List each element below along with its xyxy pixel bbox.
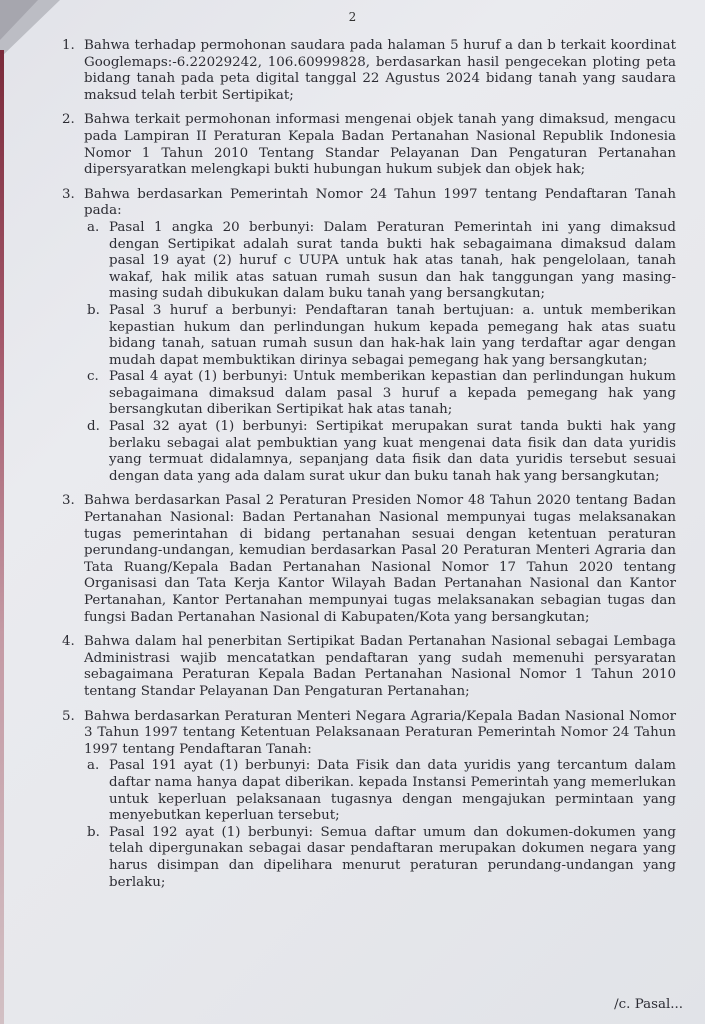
list-item: 3. Bahwa berdasarkan Pasal 2 Peraturan P… xyxy=(56,493,676,626)
sub-list: a. Pasal 191 ayat (1) berbunyi: Data Fis… xyxy=(84,758,676,891)
item-number: 3. xyxy=(62,493,75,510)
list-item: 5. Bahwa berdasarkan Peraturan Menteri N… xyxy=(56,709,676,892)
binder-edge xyxy=(0,50,4,1024)
item-text: Bahwa berdasarkan Peraturan Menteri Nega… xyxy=(84,709,676,759)
sub-item: c. Pasal 4 ayat (1) berbunyi: Untuk memb… xyxy=(87,369,676,419)
sub-item-letter: b. xyxy=(87,303,100,320)
document-page: 2 1. Bahwa terhadap permohonan saudara p… xyxy=(0,0,705,1024)
sub-item-letter: c. xyxy=(87,369,99,386)
item-number: 3. xyxy=(62,187,75,204)
sub-list: a. Pasal 1 angka 20 berbunyi: Dalam Pera… xyxy=(84,220,676,486)
item-text: Bahwa terkait permohonan informasi menge… xyxy=(84,112,676,178)
list-item: 4. Bahwa dalam hal penerbitan Sertipikat… xyxy=(56,634,676,700)
page-number: 2 xyxy=(0,10,705,24)
sub-item-text: Pasal 32 ayat (1) berbunyi: Sertipikat m… xyxy=(109,419,676,485)
sub-item: a. Pasal 191 ayat (1) berbunyi: Data Fis… xyxy=(87,758,676,824)
list-item: 1. Bahwa terhadap permohonan saudara pad… xyxy=(56,38,676,104)
sub-item: a. Pasal 1 angka 20 berbunyi: Dalam Pera… xyxy=(87,220,676,303)
item-text: Bahwa berdasarkan Pasal 2 Peraturan Pres… xyxy=(84,493,676,626)
list-item: 3. Bahwa berdasarkan Pemerintah Nomor 24… xyxy=(56,187,676,486)
sub-item-text: Pasal 4 ayat (1) berbunyi: Untuk memberi… xyxy=(109,369,676,419)
sub-item-text: Pasal 1 angka 20 berbunyi: Dalam Peratur… xyxy=(109,220,676,303)
item-text: Bahwa berdasarkan Pemerintah Nomor 24 Ta… xyxy=(84,187,676,220)
item-text: Bahwa dalam hal penerbitan Sertipikat Ba… xyxy=(84,634,676,700)
sub-item-text: Pasal 191 ayat (1) berbunyi: Data Fisik … xyxy=(109,758,676,824)
sub-item-letter: a. xyxy=(87,758,99,775)
item-number: 1. xyxy=(62,38,75,55)
item-text: Bahwa terhadap permohonan saudara pada h… xyxy=(84,38,676,104)
item-number: 2. xyxy=(62,112,75,129)
sub-item: b. Pasal 192 ayat (1) berbunyi: Semua da… xyxy=(87,825,676,891)
sub-item-letter: a. xyxy=(87,220,99,237)
sub-item-text: Pasal 3 huruf a berbunyi: Pendaftaran ta… xyxy=(109,303,676,369)
sub-item: d. Pasal 32 ayat (1) berbunyi: Sertipika… xyxy=(87,419,676,485)
list-item: 2. Bahwa terkait permohonan informasi me… xyxy=(56,112,676,178)
continuation-marker: /c. Pasal... xyxy=(614,997,683,1012)
sub-item-letter: b. xyxy=(87,825,100,842)
item-number: 5. xyxy=(62,709,75,726)
sub-item: b. Pasal 3 huruf a berbunyi: Pendaftaran… xyxy=(87,303,676,369)
sub-item-letter: d. xyxy=(87,419,100,436)
item-number: 4. xyxy=(62,634,75,651)
document-body: 1. Bahwa terhadap permohonan saudara pad… xyxy=(56,38,676,899)
sub-item-text: Pasal 192 ayat (1) berbunyi: Semua dafta… xyxy=(109,825,676,891)
